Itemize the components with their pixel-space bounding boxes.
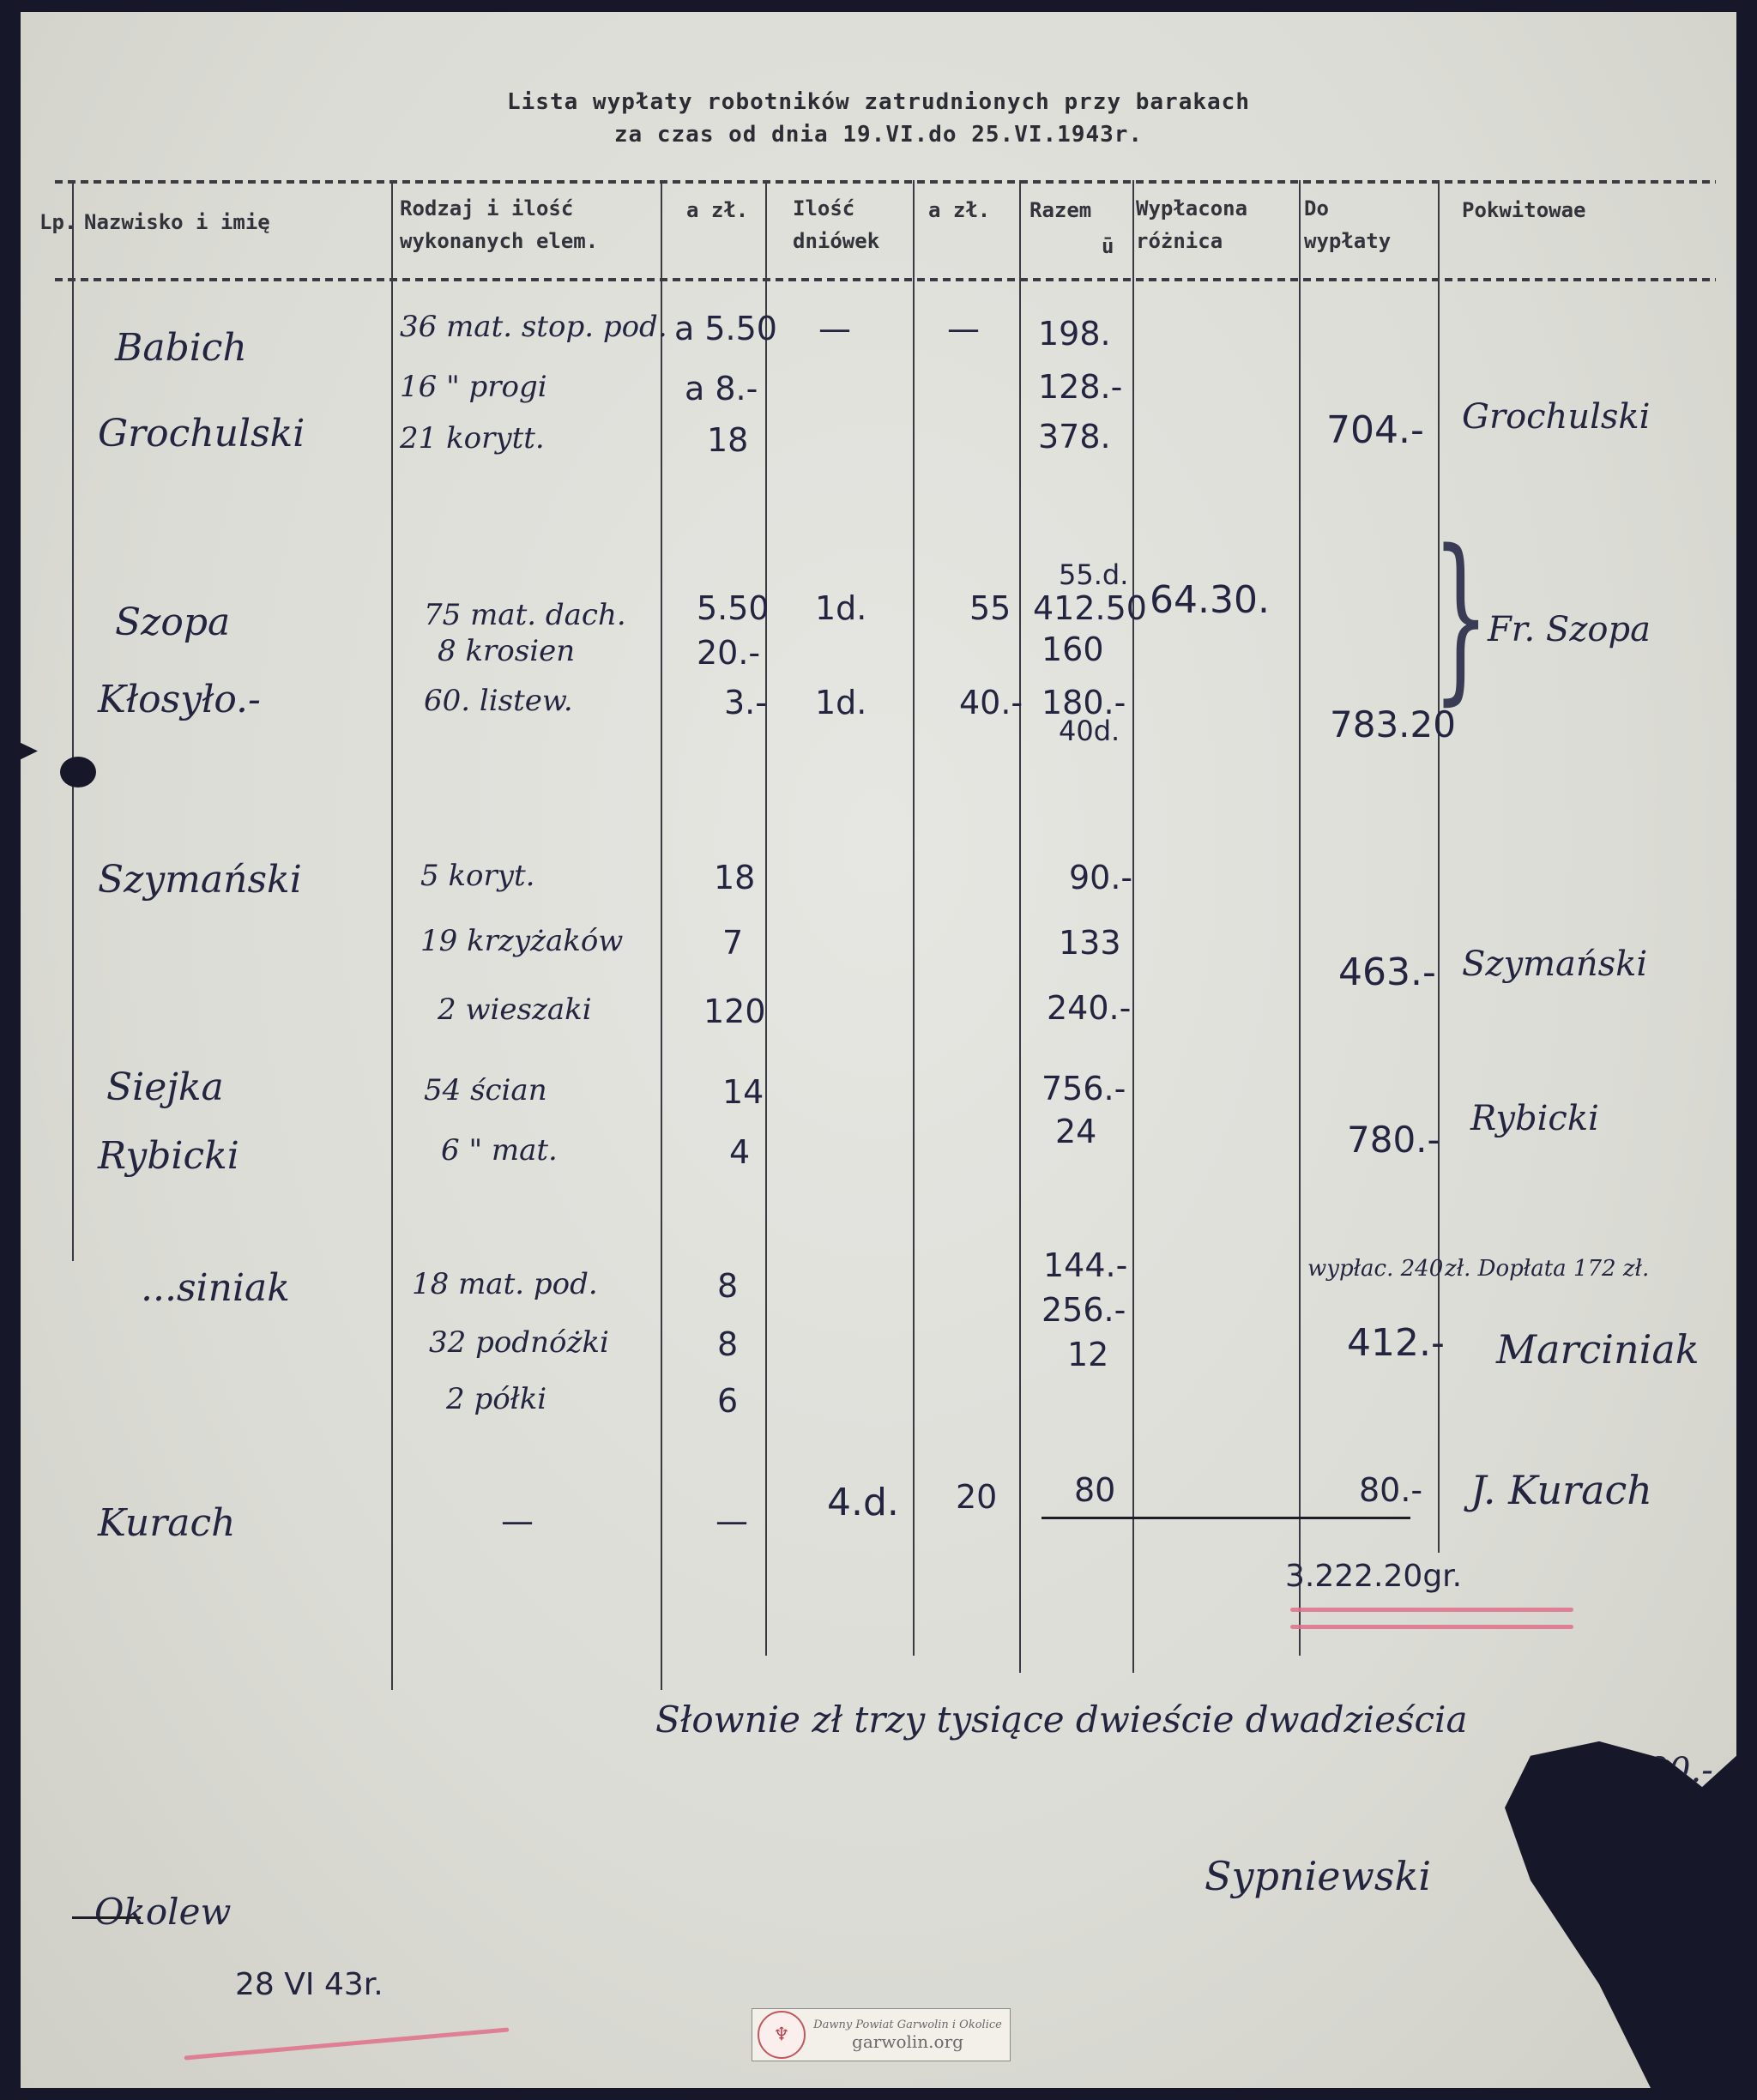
row-total: 133	[1059, 926, 1121, 959]
pink-underline	[1290, 1608, 1573, 1612]
watermark-logo: ♆ Dawny Powiat Garwolin i Okolice garwol…	[752, 2008, 1011, 2061]
work-item: 36 mat. stop. pod.	[400, 312, 667, 341]
paid-difference: 64.30.	[1150, 582, 1270, 619]
row-total: 55.d.	[1059, 561, 1128, 588]
worker-name: Szopa	[115, 604, 230, 642]
row-total: 256.-	[1042, 1294, 1126, 1326]
unit-rate: 20.-	[697, 637, 760, 669]
row-total: 90.-	[1069, 861, 1132, 894]
pink-underline	[1290, 1625, 1573, 1629]
receipt-signature: Fr. Szopa	[1488, 612, 1651, 647]
receipt-signature: Rybicki	[1470, 1101, 1599, 1136]
amount-in-words-tail: ...gr 20.-	[1565, 1753, 1713, 1788]
place-underline	[72, 1916, 141, 1919]
document-title-line2: za czas od dnia 19.VI.do 25.VI.1943r.	[21, 122, 1736, 148]
work-item: 54 ścian	[424, 1076, 547, 1105]
document-page: Lista wypłaty robotników zatrudnionych p…	[21, 12, 1736, 2088]
unit-rate: —	[715, 1505, 748, 1537]
row-total: 24	[1055, 1115, 1096, 1148]
day-count: 1d.	[815, 686, 866, 719]
row-total: 378.	[1038, 420, 1111, 453]
watermark-line2: garwolin.org	[806, 2031, 1010, 2052]
header-receipt: Pokwitowae	[1462, 194, 1586, 226]
work-item: 75 mat. dach.	[424, 600, 626, 630]
work-item: 2 wieszaki	[438, 995, 592, 1024]
work-item: 2 półki	[446, 1385, 546, 1414]
amount-to-pay: 412.-	[1347, 1325, 1445, 1362]
header-lp: Lp.	[39, 206, 76, 238]
signing-date: 28 VI 43r.	[235, 1970, 383, 2000]
header-paid-diff: Wypłacona różnica	[1136, 192, 1247, 257]
work-item: —	[501, 1505, 534, 1537]
header-total-mark: ū	[1102, 230, 1114, 262]
amount-to-pay: 463.-	[1338, 954, 1436, 992]
row-total: 412.50	[1033, 592, 1147, 625]
unit-rate: 8	[717, 1270, 738, 1302]
ink-blot	[60, 757, 96, 787]
unit-rate: 18	[714, 861, 755, 894]
unit-rate: a 8.-	[685, 372, 758, 405]
worker-name: Siejka	[106, 1069, 224, 1107]
header-days: Ilość dniówek	[793, 192, 879, 257]
day-count: —	[818, 312, 851, 345]
receipt-signature: Szymański	[1462, 947, 1647, 981]
column-divider	[1299, 180, 1301, 1656]
row-total: 40d.	[1059, 717, 1120, 745]
day-rate: 20	[956, 1481, 997, 1513]
unit-rate: 7	[722, 926, 743, 959]
header-kind: Rodzaj i ilość wykonanych elem.	[400, 192, 598, 257]
work-item: 5 koryt.	[420, 861, 534, 890]
unit-rate: 8	[717, 1328, 738, 1361]
header-total: Razem	[1029, 194, 1091, 226]
total-rule	[1042, 1517, 1410, 1519]
day-count: 4.d.	[827, 1484, 899, 1522]
worker-name: Szymański	[98, 861, 302, 899]
column-divider	[765, 180, 767, 1656]
worker-name: ...siniak	[141, 1270, 290, 1307]
column-divider	[1019, 180, 1021, 1673]
column-divider	[391, 180, 393, 1690]
amount-to-pay: 780.-	[1347, 1122, 1440, 1158]
row-total: 12	[1067, 1338, 1108, 1371]
worker-name: Babich	[115, 329, 247, 367]
column-divider	[661, 180, 662, 1690]
column-divider	[1132, 180, 1134, 1673]
work-item: 60. listew.	[424, 686, 573, 715]
day-rate: 55	[969, 592, 1011, 625]
row-total: 240.-	[1047, 992, 1131, 1024]
worker-name: Kurach	[98, 1505, 236, 1542]
row-total: 128.-	[1038, 371, 1122, 403]
document-title-line1: Lista wypłaty robotników zatrudnionych p…	[21, 89, 1736, 115]
unit-rate: 18	[707, 424, 748, 456]
row-total: 144.-	[1043, 1249, 1127, 1282]
unit-rate: 120	[703, 995, 766, 1028]
header-rate2: a zł.	[928, 194, 990, 226]
table-header-rule	[55, 278, 1716, 281]
pink-underline	[184, 2027, 510, 2060]
work-item: 18 mat. pod.	[412, 1270, 598, 1299]
column-divider	[72, 180, 74, 1261]
supervisor-signature: Sypniewski	[1205, 1856, 1431, 1896]
unit-rate: a 5.50	[674, 312, 777, 345]
place-name: Okolew	[94, 1894, 231, 1930]
day-count: 1d.	[815, 592, 866, 625]
receipt-signature: Marciniak	[1496, 1330, 1700, 1369]
amount-in-words: Słownie zł trzy tysiące dwieście dwadzie…	[655, 1702, 1468, 1738]
row-total: 756.-	[1042, 1072, 1126, 1105]
header-to-pay: Do wypłaty	[1304, 192, 1391, 257]
watermark-line1: Dawny Powiat Garwolin i Okolice	[806, 2019, 1010, 2031]
header-name: Nazwisko i imię	[84, 206, 270, 238]
work-item: 6 " mat.	[441, 1136, 558, 1165]
unit-rate: 5.50	[697, 592, 770, 625]
unit-rate: 6	[717, 1385, 738, 1417]
day-rate: 40.-	[959, 686, 1023, 719]
row-total: 198.	[1038, 317, 1111, 350]
grouping-brace: }	[1432, 527, 1489, 707]
receipt-signature: Grochulski	[1462, 400, 1650, 434]
seal-icon: ♆	[758, 2011, 806, 2059]
unit-rate: 4	[729, 1136, 750, 1168]
paid-note: wypłac. 240	[1307, 1258, 1443, 1280]
grand-total: 3.222.20gr.	[1285, 1561, 1462, 1592]
work-item: 16 " progi	[400, 372, 547, 401]
work-item: 19 krzyżaków	[420, 926, 623, 956]
work-item: 21 korytt.	[400, 424, 545, 453]
amount-to-pay: 704.-	[1326, 412, 1424, 450]
surcharge-note: zł. Dopłata 172 zł.	[1445, 1258, 1649, 1280]
worker-name: Kłosyło.-	[98, 681, 261, 719]
work-item: 8 krosien	[438, 637, 575, 666]
work-item: 32 podnóżki	[429, 1328, 609, 1357]
worker-name: Rybicki	[98, 1137, 239, 1175]
table-top-rule	[55, 180, 1716, 184]
row-total: 80	[1074, 1474, 1115, 1506]
receipt-signature: J. Kurach	[1470, 1470, 1652, 1510]
row-total: 160	[1042, 633, 1104, 666]
unit-rate: 3.-	[724, 686, 767, 719]
header-rate1: a zł.	[686, 194, 748, 226]
amount-to-pay: 80.-	[1359, 1474, 1422, 1506]
unit-rate: 14	[722, 1076, 764, 1108]
day-rate: —	[947, 312, 980, 345]
worker-name: Grochulski	[98, 415, 305, 453]
column-divider	[913, 180, 915, 1656]
